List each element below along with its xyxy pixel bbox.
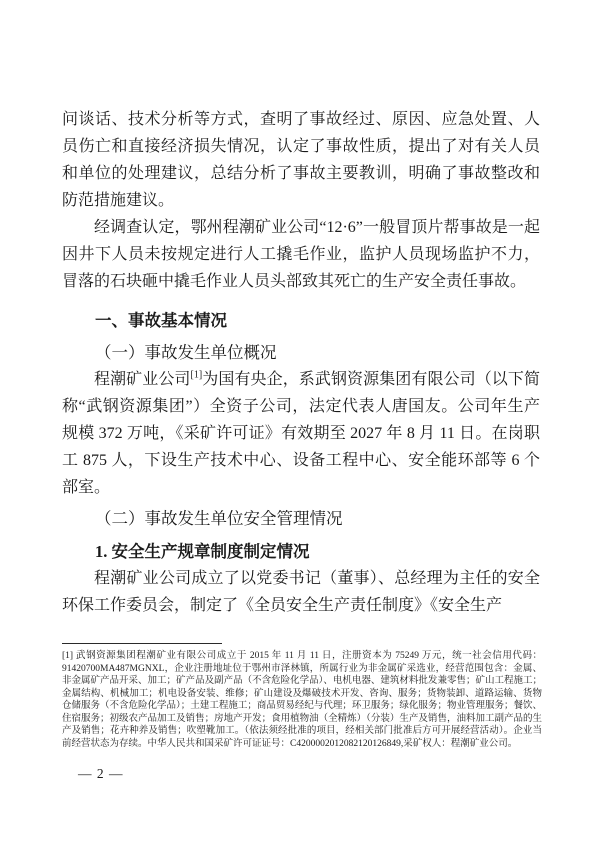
company-overview-text-before-ref: 程潮矿业公司 [94,371,191,388]
heading-subsection-1-2: （二）事故发生单位安全管理情况 [62,505,540,532]
paragraph-company-overview: 程潮矿业公司[1]为国有央企，系武钢资源集团有限公司（以下简称“武钢资源集团”）… [62,366,540,501]
document-page: 问谈话、技术分析等方式，查明了事故经过、原因、应急处置、人员伤亡和直接经济损失情… [0,0,600,849]
paragraph-investigation-conclusion: 经调查认定，鄂州程潮矿业公司“12·6”一般冒顶片帮事故是一起因井下人员未按规定… [62,214,540,295]
heading-subsection-1-1: （一）事故发生单位概况 [62,339,540,366]
heading-section-1: 一、事故基本情况 [62,308,540,335]
page-number: — 2 — [78,766,124,782]
company-overview-text-after-ref: 为国有央企，系武钢资源集团有限公司（以下简称“武钢资源集团”）全资子公司，法定代… [62,371,540,496]
paragraph-continuation: 问谈话、技术分析等方式，查明了事故经过、原因、应急处置、人员伤亡和直接经济损失情… [62,106,540,214]
footnote-body: 武钢资源集团程潮矿业有限公司成立于 2015 年 11 月 11 日，注册资本为… [62,651,542,749]
paragraph-safety-system: 程潮矿业公司成立了以党委书记（董事）、总经理为主任的安全环保工作委员会，制定了《… [62,565,540,619]
footnote-section: [1] 武钢资源集团程潮矿业有限公司成立于 2015 年 11 月 11 日，注… [62,643,542,750]
footnote-reference-marker: [1] [191,370,203,381]
document-body: 问谈话、技术分析等方式，查明了事故经过、原因、应急处置、人员伤亡和直接经济损失情… [62,106,540,619]
heading-item-1: 1. 安全生产规章制度制定情况 [62,538,540,565]
footnote-separator-line [62,643,222,644]
footnote-marker: [1] [62,651,73,661]
footnote-text: [1] 武钢资源集团程潮矿业有限公司成立于 2015 年 11 月 11 日，注… [62,650,542,750]
